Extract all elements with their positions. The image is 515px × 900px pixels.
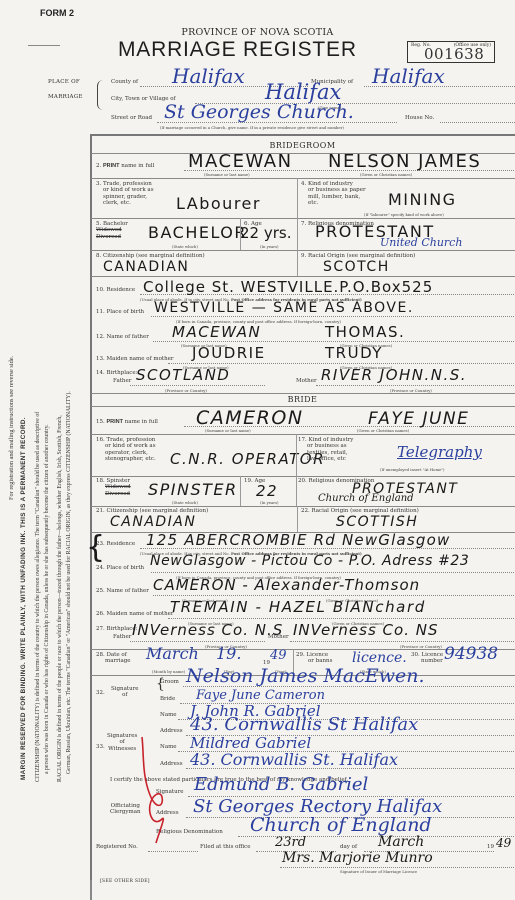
bride-religion-note: Church of England	[318, 493, 414, 504]
bride-father-label: 25. Name of father	[96, 588, 149, 594]
signature-num: 32.	[96, 690, 105, 696]
groom-religion-note: United Church	[380, 236, 462, 249]
registered-no-label: Registered No.	[96, 844, 138, 850]
bride-signature: Faye June Cameron	[196, 688, 325, 703]
mother-line	[168, 618, 514, 619]
divider	[91, 476, 515, 477]
signature-of-label: Signature of	[111, 686, 139, 699]
street-value: St Georges Church.	[164, 101, 354, 123]
groom-name-label: 2. PRINT name in full	[96, 163, 154, 169]
mother-line	[168, 363, 514, 364]
bracket-mark: {	[86, 530, 105, 565]
bride-mother-bp-label: Mother	[268, 634, 289, 640]
filed-month: March	[378, 834, 424, 850]
date-of-marriage-label: 28. Date of marriage	[96, 652, 131, 665]
groom-sig-label: Groom	[160, 679, 179, 685]
month-hint: (Month by name)	[152, 669, 185, 674]
marriage-register-document: For registration and mailing instruction…	[0, 0, 515, 900]
document-title: MARRIAGE REGISTER	[118, 38, 357, 62]
age-hint: (In years)	[260, 500, 279, 505]
groom-mother-given: TRUDY	[325, 344, 383, 362]
groom-mother-label: 13. Maiden name of mother	[96, 356, 174, 362]
given-hint: (Given or Christian names)	[357, 428, 409, 433]
bride-mother-bp-value: INVerness Co. NS	[293, 621, 439, 639]
status-hint: (State which)	[172, 500, 198, 505]
witness1-address: 43. Cornwallis St Halifax	[190, 714, 418, 735]
birthplace-line	[151, 572, 514, 573]
father-line	[153, 595, 514, 596]
groom-industry-value: MINING	[388, 190, 457, 209]
issuer-label: Signature of Issuer of Marriage Licence	[340, 869, 417, 874]
groom-mother-surname: JOUDRIE	[192, 344, 266, 362]
bride-residence-label: 23. Residence	[96, 541, 135, 547]
margin-citizenship-def-2: a person who was born in Canada or who h…	[44, 424, 50, 774]
form-number: FORM 2	[40, 8, 74, 18]
county-value: Halifax	[172, 64, 245, 88]
bride-name-label: 15. PRINT name in full	[96, 419, 158, 425]
margin-racial-def-2: German, Russian, Ukrainian, etc. The ter…	[66, 391, 72, 774]
witnesses-num: 33.	[96, 744, 105, 750]
groom-father-label: 12. Name of father	[96, 334, 149, 340]
margin-racial-def: RACIAL ORIGIN is defined in terms of the…	[57, 415, 63, 782]
registered-no-line	[148, 851, 198, 852]
mother-bp-line	[290, 641, 514, 642]
groom-racial-value: SCOTCH	[323, 259, 390, 275]
marriage-year: 49	[270, 648, 287, 663]
margin-binding-notice: MARGIN RESERVED FOR BINDING. WRITE PLAIN…	[20, 417, 27, 780]
divider	[91, 506, 515, 507]
groom-trade-label: 3. Trade, profession or kind of work as …	[96, 181, 154, 206]
place-of-label: PLACE OF	[48, 79, 80, 85]
groom-birthplaces-label: 14. Birthplace:	[96, 370, 137, 376]
issuer-signature: Mrs. Marjorie Munro	[282, 850, 433, 866]
registration-number-box: Reg. No. (Office use only) 001638	[407, 41, 495, 63]
bride-status-value: SPINSTER	[148, 480, 238, 499]
groom-father-surname: MACEWAN	[172, 323, 261, 341]
groom-industry-label: 4. Kind of industry or business as paper…	[301, 181, 366, 206]
groom-father-bp-label: Father	[113, 378, 131, 384]
bride-heading: BRIDE	[90, 395, 515, 404]
bride-father-bp-label: Father	[113, 634, 131, 640]
groom-father-given: THOMAS.	[325, 323, 405, 341]
divider	[297, 250, 298, 276]
filed-day: 23rd	[275, 835, 306, 850]
divider	[91, 434, 515, 435]
frame-edge	[90, 880, 92, 900]
groom-trade-value: LAbourer	[176, 194, 261, 213]
municipality-value: Halifax	[372, 64, 445, 88]
groom-surname: MACEWAN	[188, 151, 293, 172]
birthplace-line	[151, 316, 514, 317]
groom-father-bp-value: SCOTLAND	[136, 366, 230, 384]
groom-status-label: 5. Bachelor Widowed Divorced	[96, 221, 128, 240]
brace	[97, 80, 105, 110]
witnesses-label: Signatures of Witnesses	[107, 733, 137, 752]
marriage-day: 19.	[216, 644, 241, 663]
w1-name-label: Name	[160, 712, 177, 718]
bride-father-value: CAMERON - Alexander-Thomson	[153, 576, 420, 594]
groom-mother-bp-value: RIVER JOHN.N.S.	[321, 366, 467, 384]
surname-hint: (Surname or last name)	[204, 172, 250, 177]
groom-citizenship-value: CANADIAN	[103, 259, 189, 275]
licence-or-banns-label: 29. Licence or banns	[296, 652, 332, 665]
marriage-label: MARRIAGE	[48, 94, 83, 100]
filed-year-prefix: 19	[487, 844, 494, 850]
clergy-denomination: Church of England	[250, 814, 432, 836]
house-no-label: House No.	[405, 115, 434, 121]
groom-age-value: 22 yrs.	[240, 224, 291, 242]
issuer-sig-line	[280, 867, 514, 868]
margin-instructions: For registration and mailing instruction…	[8, 356, 15, 500]
bride-racial-value: SCOTTISH	[336, 514, 418, 530]
bride-mother-label: 26. Maiden name of mother	[96, 611, 174, 617]
county-label: County of	[111, 79, 138, 85]
filed-year: 49	[496, 836, 511, 850]
groom-residence-value: College St. WESTVILLE.P.O.Box525	[143, 278, 433, 296]
bride-industry-label: 17. Kind of industry or business as text…	[298, 437, 353, 462]
bride-mother-value: TREMAIN - HAZEL BlANchard	[170, 598, 426, 616]
groom-signature: Nelson James MacEwen.	[186, 665, 424, 687]
bridegroom-heading: BRIDEGROOM	[90, 141, 515, 150]
officiating-clergyman-label: Officiating Clergyman	[110, 803, 141, 816]
divider	[91, 276, 515, 277]
groom-residence-label: 10. Residence	[96, 287, 135, 293]
divider	[297, 218, 298, 250]
province-heading: PROVINCE OF NOVA SCOTIA	[0, 27, 515, 38]
divider	[91, 250, 515, 251]
divider	[296, 476, 297, 506]
groom-birthplace-label: 11. Place of birth	[96, 309, 144, 315]
groom-given-names: NELSON JAMES	[328, 151, 481, 172]
binding-margin: For registration and mailing instruction…	[0, 0, 90, 900]
bride-trade-label: 16. Trade, profession or kind of work as…	[96, 437, 156, 462]
mother-bp-line	[316, 385, 514, 386]
bride-age-value: 22	[256, 482, 278, 500]
witness2-address: 43. Cornwallis St. Halifax	[190, 750, 398, 769]
industry-hint: (If unemployed insert "At Home")	[380, 467, 445, 472]
father-bp-line	[130, 385, 265, 386]
bride-birthplace-value: NewGlasgow - Pictou Co - P.O. Adress #23	[150, 553, 469, 569]
divider	[91, 393, 515, 394]
divider	[297, 178, 298, 218]
bride-industry-value: Telegraphy	[397, 443, 482, 461]
groom-birthplace-value: WESTVILLE — SAME AS ABOVE.	[154, 300, 414, 316]
divider	[91, 218, 515, 219]
clergy-signature: Edmund B. Gabriel	[194, 774, 368, 795]
groom-status-value: BACHELOR	[148, 223, 247, 242]
licence-or-banns-value: licence.	[352, 650, 407, 666]
licence-number-value: 94938	[444, 644, 498, 664]
father-line	[153, 341, 514, 342]
bride-father-bp-value: INVerness Co. N.S	[132, 621, 283, 639]
surname-hint: (Surname or last name)	[205, 428, 251, 433]
street-label: Street or Road	[111, 115, 152, 121]
filed-label: Filed at this office	[200, 844, 251, 850]
see-other-side: [SEE OTHER SIDE]	[100, 879, 150, 884]
divider	[297, 506, 298, 532]
bride-residence-value: 125 ABERCROMBIE Rd NewGlasgow	[146, 531, 450, 549]
bride-given-names: FAYE JUNE	[368, 409, 469, 429]
house-no-line	[440, 122, 515, 123]
bride-status-label: 18. Spinster Widowed Divorced	[96, 478, 131, 497]
red-check-mark	[140, 735, 180, 845]
divider	[240, 476, 241, 506]
divider	[296, 434, 297, 476]
father-bp-line	[130, 641, 265, 642]
margin-citizenship-def: CITIZENSHIP (NATIONALITY) is defined in …	[35, 412, 41, 782]
industry-hint: (If "labourer" specify kind of work abov…	[364, 212, 444, 217]
bride-birthplace-label: 24. Place of birth	[96, 565, 144, 571]
licence-number-label: 30. Licence number	[411, 652, 443, 665]
groom-mother-bp-label: Mother	[296, 378, 317, 384]
reg-no-value: 001638	[424, 45, 484, 63]
marriage-month: March	[146, 644, 199, 663]
age-hint: (In years)	[260, 244, 279, 249]
street-hint: (If marriage occurred in a Church, give …	[160, 125, 344, 130]
bride-surname: CAMERON	[196, 407, 304, 429]
w1-address-label: Address	[160, 728, 183, 734]
bride-sig-label: Bride	[160, 696, 175, 702]
bride-citizenship-value: CANADIAN	[110, 514, 196, 530]
divider	[91, 178, 515, 179]
given-hint: (Given or Christian names)	[360, 172, 412, 177]
status-hint: (State which)	[172, 244, 198, 249]
scratch-mark	[28, 45, 60, 46]
